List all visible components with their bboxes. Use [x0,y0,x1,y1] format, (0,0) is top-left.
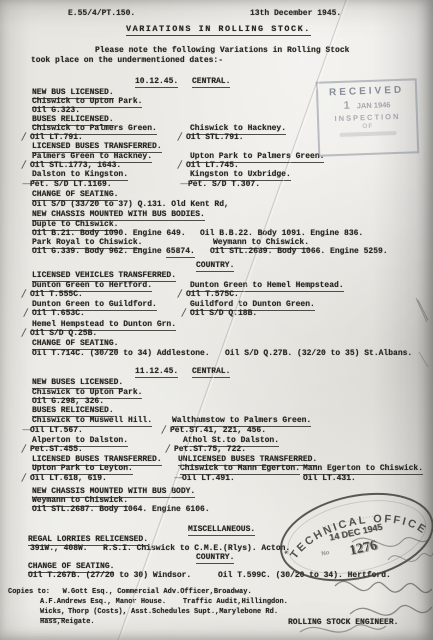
fleet-numbers: Pet.ST.41, 221, 456. [170,426,266,435]
received-stamp-faded-line [340,131,396,137]
received-stamp-title: RECEIVED [318,84,415,98]
section-heading: COUNTRY. [196,261,234,272]
doc-line: LICENSED VEHICLES TRANSFERRED. [0,271,433,281]
section-heading: BUSES RELICENSED. [32,406,114,417]
doc-line: CHANGE OF SEATING. [0,339,433,349]
doc-line: —Oil LT.567.∕Pet.ST.41, 221, 456. [0,426,433,436]
pencil-check-mark: ∕ [21,326,27,339]
fleet-numbers: Pet.ST.75, 722. [174,445,246,454]
fleet-numbers: Oil T.575C. [186,290,239,299]
fleet-numbers: Oil LT.491. [182,474,235,483]
route-text: Kingston to Uxbridge. [190,170,291,181]
fleet-numbers: Oil LT.618, 619. [30,474,107,483]
received-stamp: RECEIVED 1JAN 1946 INSPECTION OF [316,78,420,156]
section-heading: 11.12.45. [135,367,178,378]
fleet-numbers: Oil LT.791. [30,133,83,142]
fleet-numbers: Oil LT.567. [30,426,83,435]
fleet-numbers: Oil STL.2687. Body 1064. Engine 6106. [32,505,210,514]
doc-line: Hass,Reigate.ROLLING STOCK ENGINEER. [0,618,433,628]
fleet-numbers: Oil G.323. [32,106,80,115]
doc-line: —Pet. S/D LT.1169.—Pet. S/D T.307. [0,180,433,190]
doc-line: ∕Pet.ST.455.∕Pet.ST.75, 722. [0,445,433,455]
doc-line: Oil T.714C. (30/20 to 34) Addlestone.Oil… [0,349,433,359]
doc-line: Upton Park to Leyton.Chiswick to Mann Eg… [0,464,433,474]
doc-line: Dalston to Kingston.Kingston to Uxbridge… [0,170,433,180]
doc-line: CHANGE OF SEATING. [0,190,433,200]
section-heading: CENTRAL. [192,367,230,378]
doc-line: 11.12.45.CENTRAL. [0,367,433,377]
document-page: E.55/4/PT.150. 13th December 1945. VARIA… [0,0,433,640]
fleet-numbers: Oil G.339. Body 962. Engine [32,247,166,256]
section-heading: MISCELLANEOUS. [188,525,255,536]
section-heading: CHANGE OF SEATING. [32,339,118,350]
received-stamp-date: 1JAN 1946 [318,97,415,112]
fleet-numbers: Oil S/D Q.27B. (32/20 to 35) St.Albans. [225,349,412,358]
section-heading: LICENSED BUSES TRANSFERRED. [32,142,162,153]
section-heading: CENTRAL. [192,77,230,88]
fleet-numbers: Oil T.267B. (27/20 to 30) Windsor. [28,571,191,580]
fleet-numbers: Oil B.B.22. Body 1091. Engine 836. [200,229,363,238]
section-heading: 10.12.45. [135,77,178,88]
route-text: Dalston to Kingston. [32,170,128,181]
pencil-check-mark: ∕ [23,306,29,319]
footer-text: Thorp (Costs), Asst.Schedules Supt.,Mary… [68,608,278,617]
footer-text: Copies to: W.Gott Esq., Commercial Adv.O… [8,588,252,597]
pencil-check-mark: ∕ [181,306,187,319]
pencil-check-mark: ∕ [177,287,183,300]
pencil-check-mark: ∕ [165,442,171,455]
fleet-numbers: Oil B.21. Body 1090. Engine 649. [32,229,186,238]
section-heading: CHANGE OF SEATING. [32,190,118,201]
fleet-numbers: Oil T.555C. [30,290,83,299]
stamp-asterisk: * [283,550,290,561]
fleet-numbers: Oil G.298, 326. [32,397,104,406]
fleet-numbers: Oil STL.2689. Body 1066. Engine 5259. [210,247,388,256]
fleet-numbers: Oil STL.1773, 1643. [30,161,121,170]
route-text: Walthamstow to Palmers Green. [172,416,311,427]
doc-line: ∕Oil T.653C.∕Oil S/D Q.18B. [0,309,433,319]
fleet-numbers: 65874. [166,247,195,258]
fleet-numbers: Oil S/D (33/20 to 37) Q.131. Old Kent Rd… [32,200,229,209]
route-text: Mann Egerton to Chiswick. [303,464,423,475]
fleet-numbers: Oil S/D Q.18B. [190,309,257,318]
doc-line: Oil S/D (33/20 to 37) Q.131. Old Kent Rd… [0,200,433,210]
doc-line: BUSES RELICENSED. [0,406,433,416]
footer-text: Wicks, [40,608,65,619]
route-text: Upton Park to Leyton. [32,464,133,475]
pencil-check-mark: ∕ [21,442,27,455]
doc-line: ∕Oil T.555C.∕Oil T.575C. [0,290,433,300]
section-heading: NEW BUSES LICENSED. [32,378,123,389]
route-text: Chiswick to Muswell Hill. [32,416,152,427]
fleet-numbers: Oil LT.431. [303,474,356,483]
route-text: Chiswick to Mann Egerton. [180,464,300,475]
pencil-check-mark: ∕ [161,423,167,436]
doc-line: Oil G.339. Body 962. Engine 65874.Oil ST… [0,247,433,257]
received-stamp-monthyear: JAN 1946 [357,100,391,110]
fleet-numbers: Oil S/D Q.25B. [30,329,97,338]
doc-line: COUNTRY. [0,261,433,271]
footer-text: Hass,Reigate. [40,618,95,627]
received-stamp-day: 1 [343,100,350,112]
fleet-numbers: Oil STL.791. [186,133,244,142]
section-heading: ROLLING STOCK ENGINEER. [288,618,398,627]
footer-text: A.F.Andrews Esq., Manor House. Traffic A… [40,598,288,607]
doc-line: Wicks,Thorp (Costs), Asst.Schedules Supt… [0,608,433,618]
section-heading: LICENSED VEHICLES TRANSFERRED. [32,271,176,282]
doc-line: NEW CHASSIS MOUNTED WITH BUS BODIES. [0,210,433,220]
section-heading: NEW CHASSIS MOUNTED WITH BUS BODIES. [32,210,205,221]
fleet-numbers: Oil T.653C. [32,309,85,318]
fleet-numbers: Pet. S/D T.307. [188,180,260,189]
doc-line: A.F.Andrews Esq., Manor House. Traffic A… [0,598,433,608]
fleet-numbers: R.S.I. Chiswick to C.M.E.(Rlys). Acton. [103,544,290,553]
fleet-numbers: Oil T.714C. (30/20 to 34) Addlestone. [32,349,210,358]
pencil-check-mark: ∕ [21,287,27,300]
fleet-numbers: Pet.ST.455. [30,445,83,454]
pencil-check-mark: ∕ [21,471,27,484]
stamp-no-label: No [321,550,330,558]
doc-line: NEW BUSES LICENSED. [0,378,433,388]
fleet-numbers: Oil LT.745. [186,161,239,170]
doc-line: ∕Oil S/D Q.25B. [0,329,433,339]
fleet-numbers: 391W., 408W. [30,544,88,553]
doc-line: Copies to: W.Gott Esq., Commercial Adv.O… [0,588,433,598]
doc-line: Chiswick to Muswell Hill.Walthamstow to … [0,416,433,426]
fleet-numbers: Pet. S/D LT.1169. [30,180,112,189]
